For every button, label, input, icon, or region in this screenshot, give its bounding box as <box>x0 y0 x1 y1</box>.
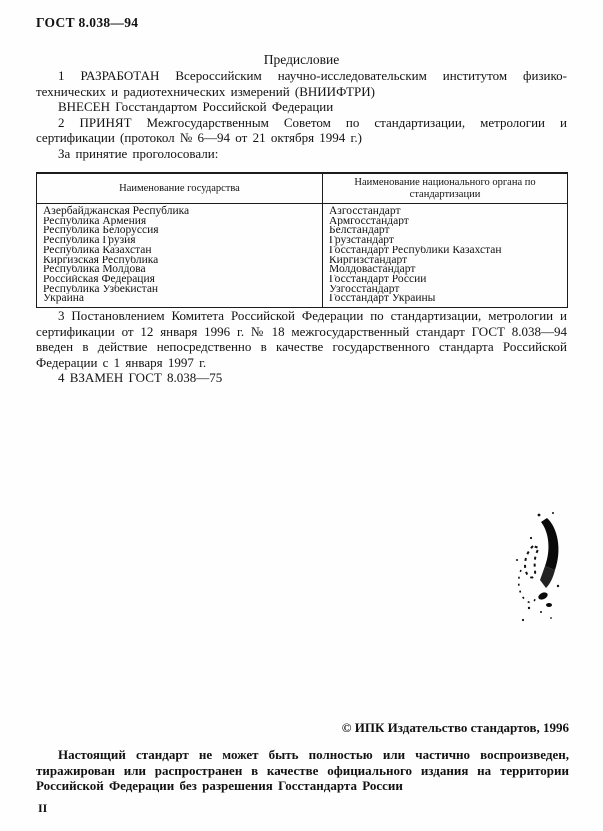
body-cell: Армгосстандарт <box>323 217 568 227</box>
body-cell: Белстандарт <box>323 226 568 236</box>
state-cell: Республика Узбекистан <box>37 285 323 295</box>
table-row: Республика Молдова Молдовастандарт <box>37 265 568 275</box>
table-row: Республика Узбекистан Узгосстандарт <box>37 285 568 295</box>
table-row: Украина Госстандарт Украины <box>37 294 568 307</box>
state-cell: Украина <box>37 294 323 307</box>
body-cell: Киргизстандарт <box>323 256 568 266</box>
ink-smudge-artifact <box>503 508 573 632</box>
state-cell: Республика Армения <box>37 217 323 227</box>
table-row: Республика Грузия Грузстандарт <box>37 236 568 246</box>
state-cell: Киргизская Республика <box>37 256 323 266</box>
paragraph-resolution: 3 Постановлением Комитета Российской Фед… <box>36 308 567 370</box>
body-cell: Госстандарт России <box>323 275 568 285</box>
state-cell: Республика Грузия <box>37 236 323 246</box>
paragraph-replaces: 4 ВЗАМЕН ГОСТ 8.038—75 <box>36 370 567 386</box>
paragraph-adopted: 2 ПРИНЯТ Межгосударственным Советом по с… <box>36 115 567 146</box>
column-header-state: Наименование государства <box>37 173 323 204</box>
voting-table-header: Наименование государства Наименование на… <box>37 173 568 204</box>
body-cell: Госстандарт Республики Казахстан <box>323 246 568 256</box>
state-cell: Республика Казахстан <box>37 246 323 256</box>
document-code: ГОСТ 8.038—94 <box>36 15 567 31</box>
restriction-notice: Настоящий стандарт не может быть полност… <box>36 747 569 794</box>
document-page: ГОСТ 8.038—94 Предисловие 1 РАЗРАБОТАН В… <box>0 0 603 831</box>
table-row: Азербайджанская Республика Азгосстандарт <box>37 204 568 217</box>
paragraph-developed: 1 РАЗРАБОТАН Всероссийским научно-исслед… <box>36 68 567 99</box>
page-title: Предисловие <box>36 52 567 68</box>
body-cell: Азгосстандарт <box>323 204 568 217</box>
page-number: II <box>38 801 569 816</box>
state-cell: Республика Молдова <box>37 265 323 275</box>
page-footer: © ИПК Издательство стандартов, 1996 Наст… <box>36 720 569 816</box>
state-cell: Республика Белоруссия <box>37 226 323 236</box>
table-row: Республика Белоруссия Белстандарт <box>37 226 568 236</box>
paragraph-vote-intro: За принятие проголосовали: <box>36 146 567 162</box>
column-header-body: Наименование национального органа по ста… <box>323 173 568 204</box>
state-cell: Азербайджанская Республика <box>37 204 323 217</box>
table-row: Российская Федерация Госстандарт России <box>37 275 568 285</box>
copyright-line: © ИПК Издательство стандартов, 1996 <box>36 720 569 736</box>
body-cell: Грузстандарт <box>323 236 568 246</box>
body-cell: Госстандарт Украины <box>323 294 568 307</box>
state-cell: Российская Федерация <box>37 275 323 285</box>
voting-table: Наименование государства Наименование на… <box>36 172 568 308</box>
body-cell: Молдовастандарт <box>323 265 568 275</box>
table-row: Республика Казахстан Госстандарт Республ… <box>37 246 568 256</box>
paragraph-submitted: ВНЕСЕН Госстандартом Российской Федераци… <box>36 99 567 115</box>
body-cell: Узгосстандарт <box>323 285 568 295</box>
table-row: Республика Армения Армгосстандарт <box>37 217 568 227</box>
table-row: Киргизская Республика Киргизстандарт <box>37 256 568 266</box>
